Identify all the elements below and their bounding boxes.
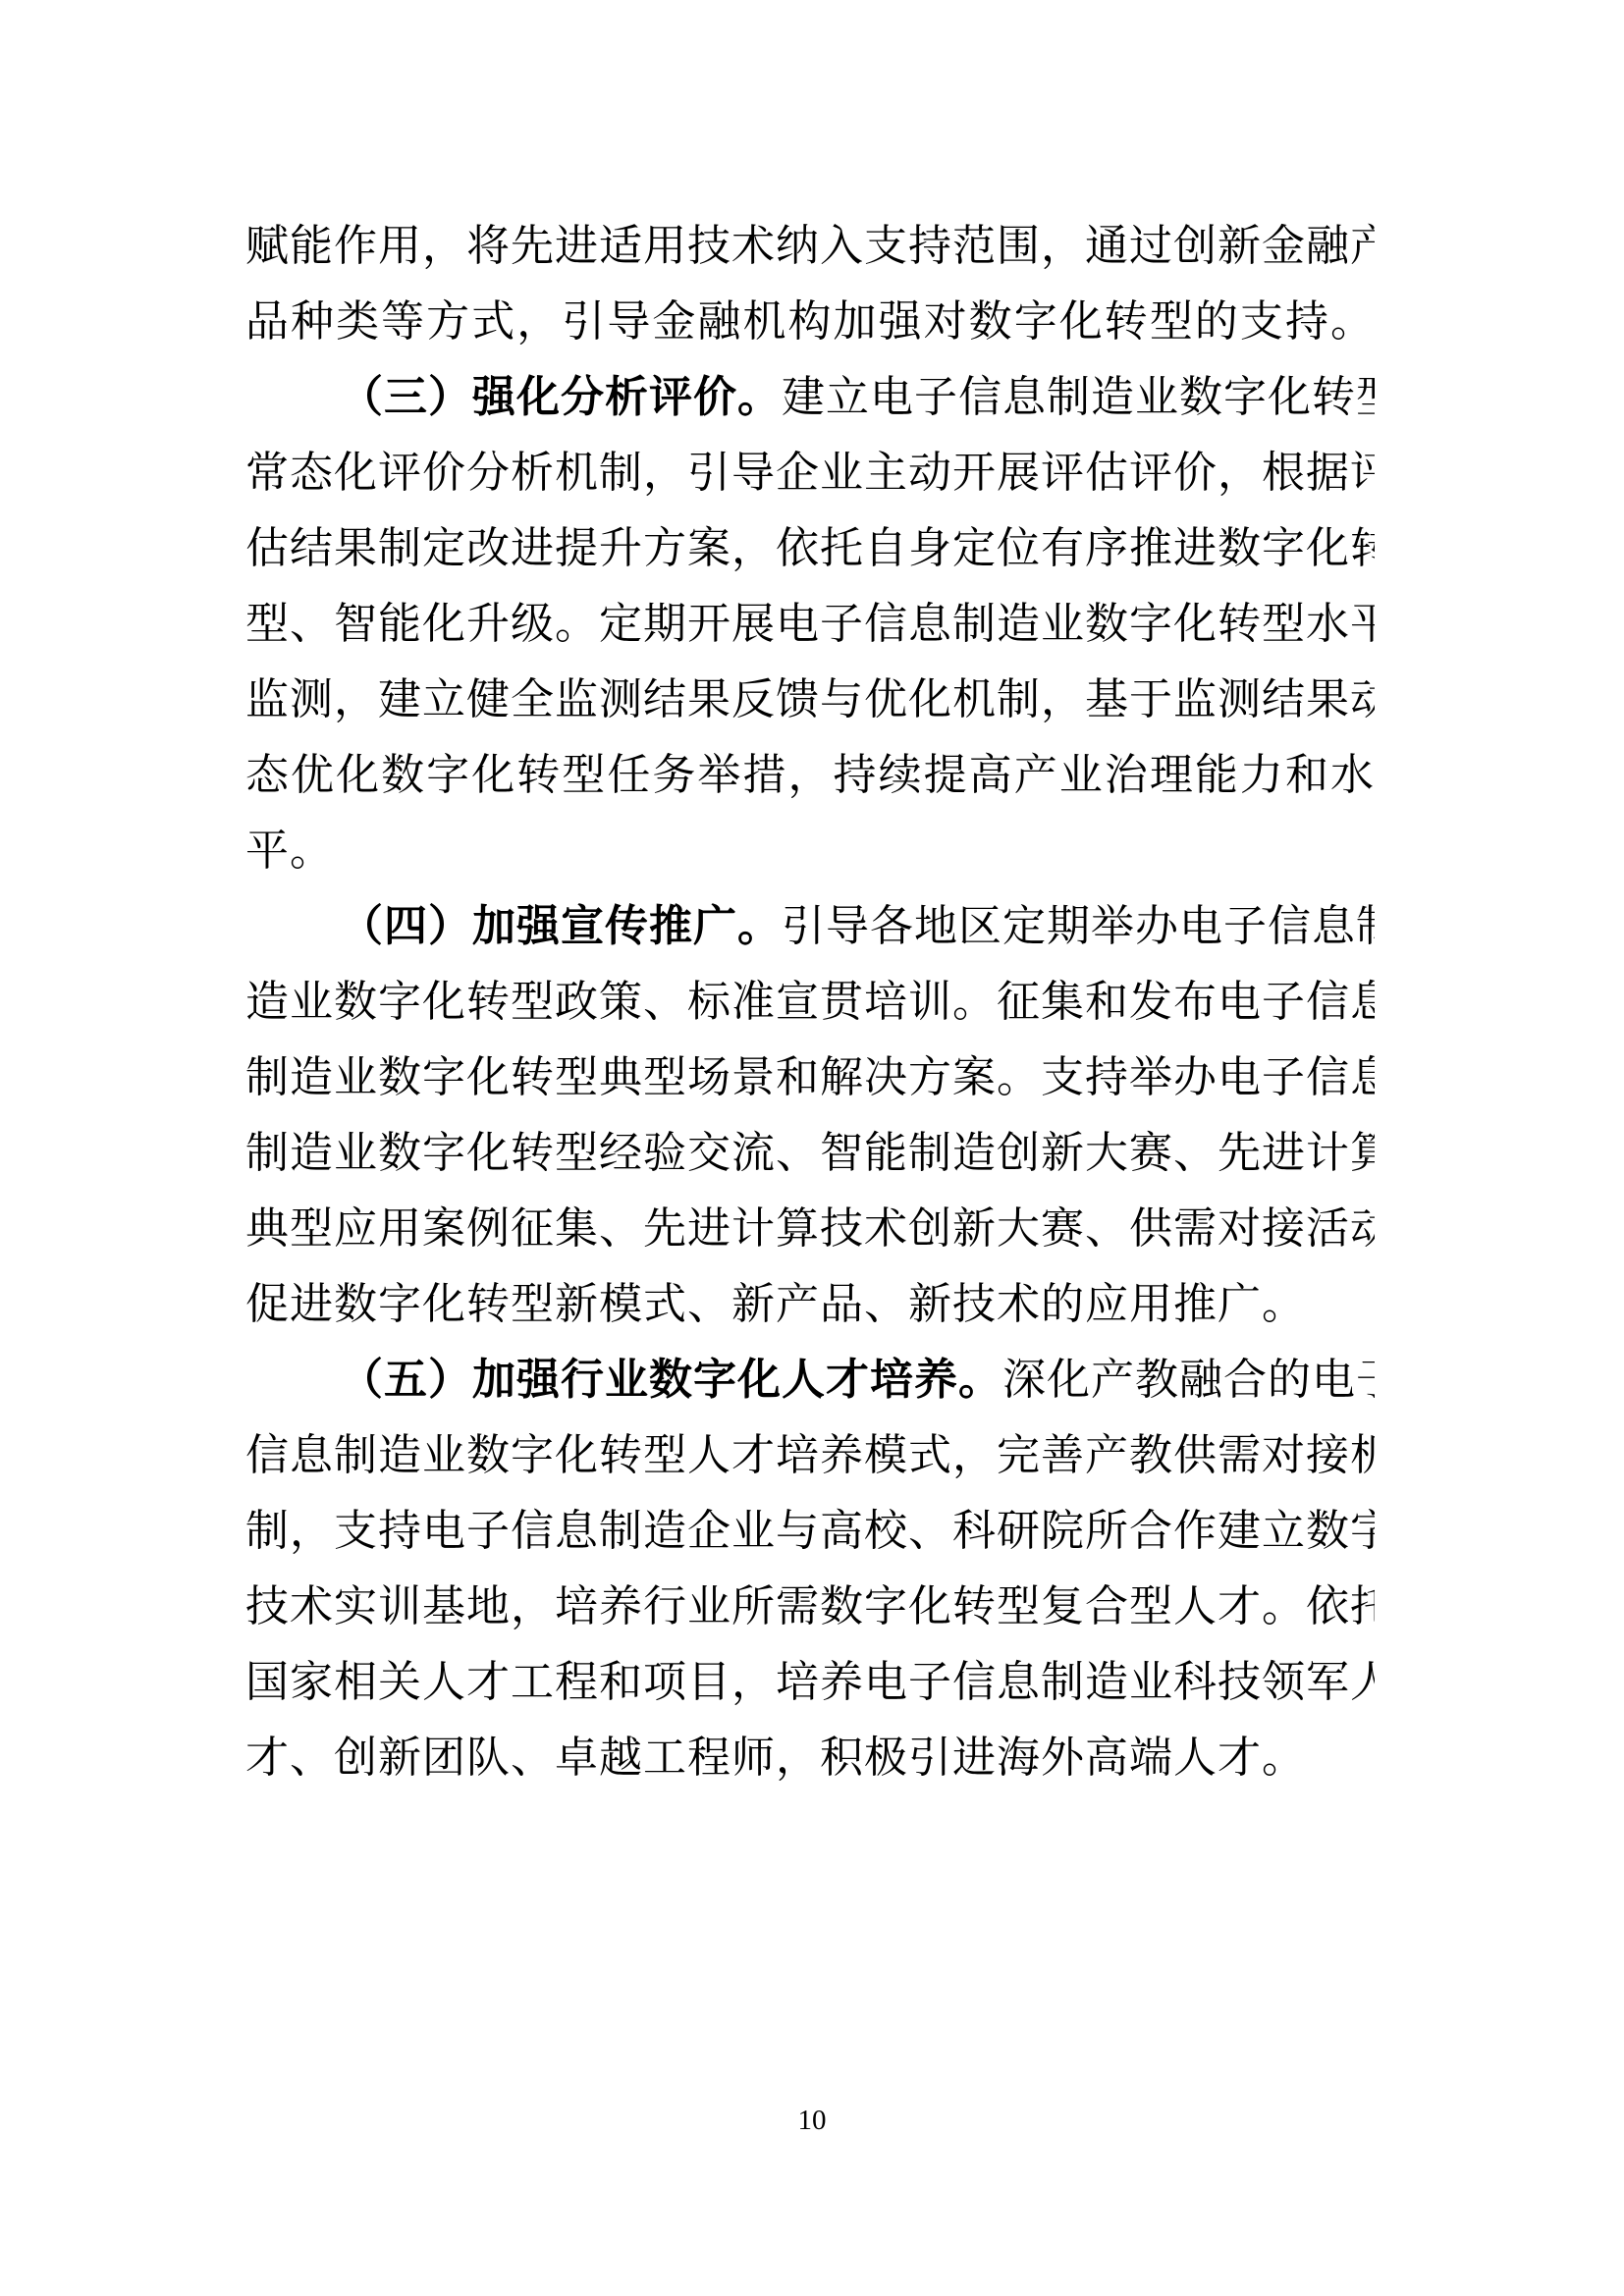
text-run: 品种类等方式，引导金融机构加强对数字化转型的支持。 xyxy=(245,297,1375,346)
document-page: 赋能作用，将先进适用技术纳入支持范围，通过创新金融产品种类等方式，引导金融机构加… xyxy=(0,0,1624,2296)
text-line: （四）加强宣传推广。引导各地区定期举办电子信息制 xyxy=(245,888,1375,964)
text-line: 制造业数字化转型经验交流、智能制造创新大赛、先进计算 xyxy=(245,1115,1375,1191)
text-line: 制，支持电子信息制造企业与高校、科研院所合作建立数字 xyxy=(245,1493,1375,1569)
text-run: 估结果制定改进提升方案，依托自身定位有序推进数字化转 xyxy=(245,524,1375,572)
text-run: 制，支持电子信息制造企业与高校、科研院所合作建立数字 xyxy=(245,1507,1375,1555)
text-run: 国家相关人才工程和项目，培养电子信息制造业科技领军人 xyxy=(245,1658,1375,1706)
text-run: 信息制造业数字化转型人才培养模式，完善产教供需对接机 xyxy=(245,1431,1375,1479)
text-line: 技术实训基地，培养行业所需数字化转型复合型人才。依托 xyxy=(245,1569,1375,1644)
text-run: 引导各地区定期举办电子信息制 xyxy=(782,902,1375,950)
text-run: 态优化数字化转型任务举措，持续提高产业治理能力和水 xyxy=(245,751,1375,799)
text-line: 态优化数字化转型任务举措，持续提高产业治理能力和水 xyxy=(245,737,1375,813)
text-line: 促进数字化转型新模式、新产品、新技术的应用推广。 xyxy=(245,1266,1375,1342)
text-run: 建立电子信息制造业数字化转型 xyxy=(782,373,1375,421)
text-line: 造业数字化转型政策、标准宣贯培训。征集和发布电子信息 xyxy=(245,964,1375,1040)
text-line: 平。 xyxy=(245,813,1375,888)
text-line: （三）强化分析评价。建立电子信息制造业数字化转型 xyxy=(245,359,1375,435)
text-line: 赋能作用，将先进适用技术纳入支持范围，通过创新金融产 xyxy=(245,208,1375,284)
paragraph-heading: （四）加强宣传推广。 xyxy=(340,902,782,950)
text-run: 促进数字化转型新模式、新产品、新技术的应用推广。 xyxy=(245,1280,1306,1328)
body-text: 赋能作用，将先进适用技术纳入支持范围，通过创新金融产品种类等方式，引导金融机构加… xyxy=(245,208,1375,1795)
text-line: 品种类等方式，引导金融机构加强对数字化转型的支持。 xyxy=(245,284,1375,359)
text-run: 典型应用案例征集、先进计算技术创新大赛、供需对接活动， xyxy=(245,1204,1375,1253)
text-line: 才、创新团队、卓越工程师，积极引进海外高端人才。 xyxy=(245,1720,1375,1795)
text-line: 监测，建立健全监测结果反馈与优化机制，基于监测结果动 xyxy=(245,662,1375,737)
text-run: 常态化评价分析机制，引导企业主动开展评估评价，根据评 xyxy=(245,449,1375,497)
text-line: 国家相关人才工程和项目，培养电子信息制造业科技领军人 xyxy=(245,1644,1375,1720)
text-line: 估结果制定改进提升方案，依托自身定位有序推进数字化转 xyxy=(245,510,1375,586)
text-line: 型、智能化升级。定期开展电子信息制造业数字化转型水平 xyxy=(245,586,1375,662)
text-run: 才、创新团队、卓越工程师，积极引进海外高端人才。 xyxy=(245,1734,1306,1782)
text-run: 深化产教融合的电子 xyxy=(1002,1356,1375,1404)
text-line: 信息制造业数字化转型人才培养模式，完善产教供需对接机 xyxy=(245,1417,1375,1493)
page-number: 10 xyxy=(0,2101,1624,2140)
text-line: 制造业数字化转型典型场景和解决方案。支持举办电子信息 xyxy=(245,1040,1375,1115)
text-line: （五）加强行业数字化人才培养。深化产教融合的电子 xyxy=(245,1342,1375,1417)
text-run: 型、智能化升级。定期开展电子信息制造业数字化转型水平 xyxy=(245,600,1375,648)
text-run: 造业数字化转型政策、标准宣贯培训。征集和发布电子信息 xyxy=(245,978,1375,1026)
text-line: 典型应用案例征集、先进计算技术创新大赛、供需对接活动， xyxy=(245,1191,1375,1266)
text-run: 技术实训基地，培养行业所需数字化转型复合型人才。依托 xyxy=(245,1582,1375,1630)
text-line: 常态化评价分析机制，引导企业主动开展评估评价，根据评 xyxy=(245,435,1375,510)
paragraph-heading: （五）加强行业数字化人才培养。 xyxy=(340,1356,1002,1404)
text-run: 赋能作用，将先进适用技术纳入支持范围，通过创新金融产 xyxy=(245,222,1375,270)
text-run: 监测，建立健全监测结果反馈与优化机制，基于监测结果动 xyxy=(245,675,1375,723)
paragraph-heading: （三）强化分析评价。 xyxy=(340,373,782,421)
text-run: 制造业数字化转型经验交流、智能制造创新大赛、先进计算 xyxy=(245,1129,1375,1177)
text-run: 平。 xyxy=(245,827,334,875)
text-run: 制造业数字化转型典型场景和解决方案。支持举办电子信息 xyxy=(245,1053,1375,1101)
